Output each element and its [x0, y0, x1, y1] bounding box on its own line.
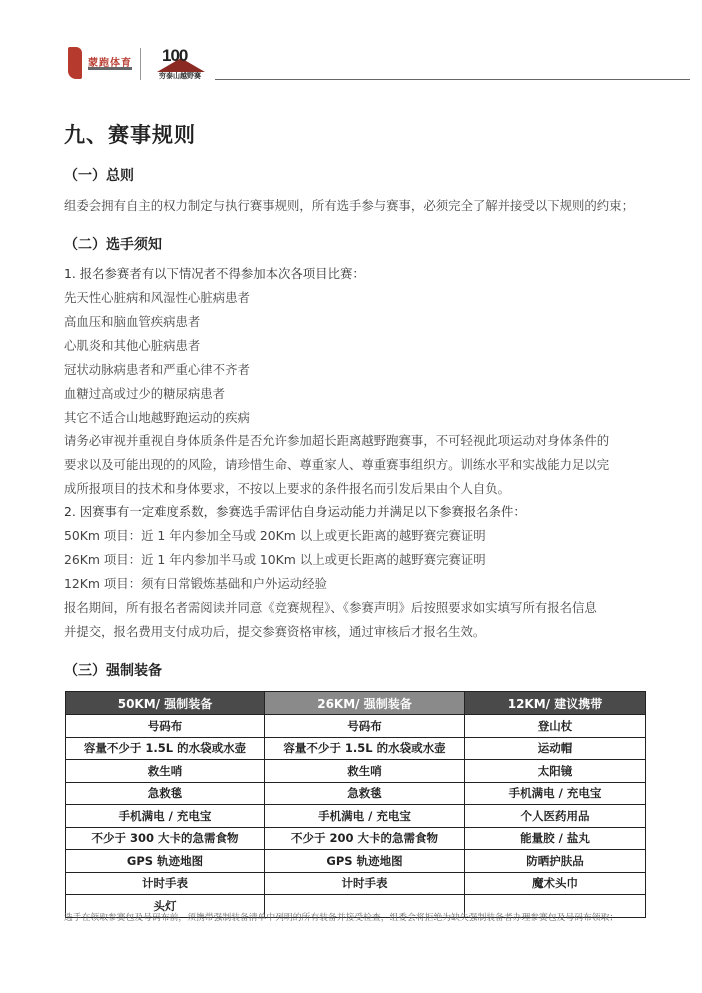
- notice-line: 2. 因赛事有一定难度系数，参赛选手需评估自身运动能力并满足以下参赛报名条件：: [64, 502, 526, 520]
- table-cell: 不少于 200 大卡的急需食物: [265, 827, 465, 850]
- table-cell: 容量不少于 1.5L 的水袋或水壶: [66, 737, 265, 760]
- notice-line: 并提交，报名费用支付成功后，提交参赛资格审核，通过审核后才报名生效。: [64, 622, 485, 640]
- table-cell: GPS 轨迹地图: [66, 850, 265, 873]
- section-heading-notice: （二）选手须知: [64, 234, 162, 254]
- table-cell: 计时手表: [66, 872, 265, 895]
- table-row: 不少于 300 大卡的急需食物不少于 200 大卡的急需食物能量胶 / 盐丸: [66, 827, 646, 850]
- table-row: 急救毯急救毯手机满电 / 充电宝: [66, 782, 646, 805]
- table-cell: 急救毯: [265, 782, 465, 805]
- table-cell: 不少于 300 大卡的急需食物: [66, 827, 265, 850]
- notice-line: 成所报项目的技术和身体要求，不按以上要求的条件报名而引发后果由个人自负。: [64, 479, 510, 497]
- table-cell: 计时手表: [265, 872, 465, 895]
- column-header-50km: 50KM/ 强制装备: [66, 692, 265, 715]
- table-cell: 容量不少于 1.5L 的水袋或水壶: [265, 737, 465, 760]
- notice-line: 50Km 项目：近 1 年内参加全马或 20Km 以上或更长距离的越野赛完赛证明: [64, 526, 486, 544]
- table-cell: 太阳镜: [465, 760, 646, 783]
- section-heading-equipment: （三）强制装备: [64, 660, 162, 680]
- table-row: 号码布号码布登山杖: [66, 715, 646, 738]
- logo-right-number: 100: [162, 46, 187, 66]
- table-header-row: 50KM/ 强制装备 26KM/ 强制装备 12KM/ 建议携带: [66, 692, 646, 715]
- table-cell: 手机满电 / 充电宝: [265, 805, 465, 828]
- table-row: GPS 轨迹地图GPS 轨迹地图防晒护肤品: [66, 850, 646, 873]
- table-row: 计时手表计时手表魔术头巾: [66, 872, 646, 895]
- notice-line: 冠状动脉病患者和严重心律不齐者: [64, 360, 250, 378]
- logo-divider: [140, 48, 141, 80]
- notice-line: 高血压和脑血管疾病患者: [64, 312, 200, 330]
- table-cell: 防晒护肤品: [465, 850, 646, 873]
- notice-line: 请务必审视并重视自身体质条件是否允许参加超长距离越野跑赛事，不可轻视此项运动对身…: [64, 431, 609, 449]
- notice-line: 心肌炎和其他心脏病患者: [64, 336, 200, 354]
- column-header-26km: 26KM/ 强制装备: [265, 692, 465, 715]
- table-cell: 运动帽: [465, 737, 646, 760]
- notice-line: 12Km 项目：须有日常锻炼基础和户外运动经验: [64, 574, 327, 592]
- table-cell: 个人医药用品: [465, 805, 646, 828]
- table-cell: 急救毯: [66, 782, 265, 805]
- general-text: 组委会拥有自主的权力制定与执行赛事规则，所有选手参与赛事，必须完全了解并接受以下…: [64, 196, 634, 214]
- table-row: 容量不少于 1.5L 的水袋或水壶容量不少于 1.5L 的水袋或水壶运动帽: [66, 737, 646, 760]
- equipment-note: 选手在领取参赛包及号码布前，须携带强制装备清单中列明的所有装备并接受检查，组委会…: [64, 910, 618, 923]
- notice-line: 报名期间，所有报名者需阅读并同意《竞赛规程》、《参赛声明》后按照要求如实填写所有…: [64, 598, 597, 616]
- table-cell: 手机满电 / 充电宝: [465, 782, 646, 805]
- notice-line: 要求以及可能出现的的风险，请珍惜生命、尊重家人、尊重赛事组织方。训练水平和实战能…: [64, 455, 609, 473]
- notice-line: 1. 报名参赛者有以下情况者不得参加本次各项目比赛：: [64, 264, 365, 282]
- header-rule: [215, 79, 690, 80]
- notice-line: 血糖过高或过少的糖尿病患者: [64, 384, 225, 402]
- page-title: 九、赛事规则: [64, 119, 196, 149]
- page-header: 蒙跑体育 100 穷泰山越野赛: [0, 0, 702, 90]
- table-cell: GPS 轨迹地图: [265, 850, 465, 873]
- table-row: 救生哨救生哨太阳镜: [66, 760, 646, 783]
- mengpao-logo-icon: [68, 47, 82, 79]
- table-cell: 号码布: [265, 715, 465, 738]
- equipment-table: 50KM/ 强制装备 26KM/ 强制装备 12KM/ 建议携带 号码布号码布登…: [65, 691, 646, 918]
- column-header-12km: 12KM/ 建议携带: [465, 692, 646, 715]
- table-cell: 能量胶 / 盐丸: [465, 827, 646, 850]
- notice-line: 26Km 项目：近 1 年内参加半马或 10Km 以上或更长距离的越野赛完赛证明: [64, 550, 486, 568]
- logo-right-text: 穷泰山越野赛: [159, 71, 201, 81]
- table-cell: 号码布: [66, 715, 265, 738]
- table-cell: 手机满电 / 充电宝: [66, 805, 265, 828]
- table-cell: 救生哨: [265, 760, 465, 783]
- table-cell: 登山杖: [465, 715, 646, 738]
- notice-line: 其它不适合山地越野跑运动的疾病: [64, 408, 250, 426]
- logo-left-subtitle: [88, 67, 132, 70]
- table-cell: 救生哨: [66, 760, 265, 783]
- section-heading-general: （一）总则: [64, 165, 134, 185]
- table-row: 手机满电 / 充电宝手机满电 / 充电宝个人医药用品: [66, 805, 646, 828]
- table-cell: 魔术头巾: [465, 872, 646, 895]
- notice-line: 先天性心脏病和风湿性心脏病患者: [64, 288, 250, 306]
